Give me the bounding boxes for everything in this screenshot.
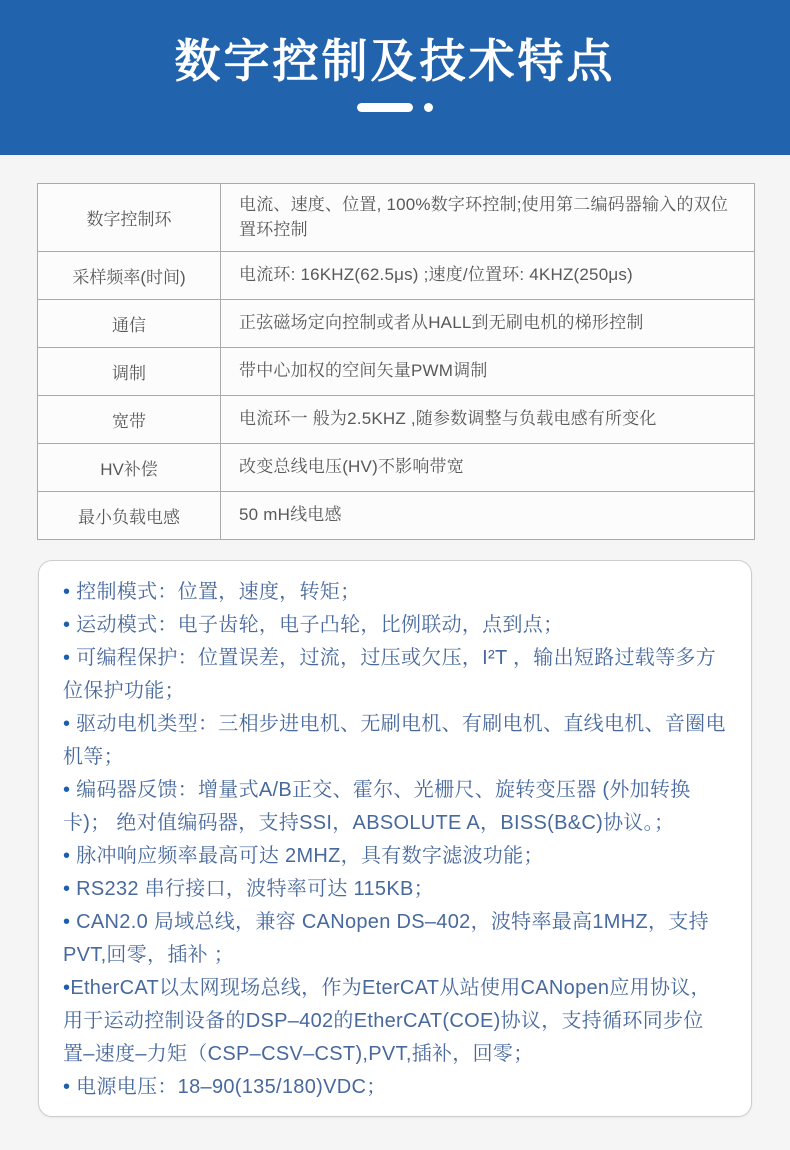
spec-label: 采样频率(时间): [38, 252, 221, 300]
bullet-icon: •: [63, 845, 76, 867]
bullet-icon: •: [63, 779, 76, 801]
feature-text: 电源电压：18–90(135/180)VDC；: [76, 1076, 386, 1098]
feature-text: 编码器反馈：增量式A/B正交、霍尔、光栅尺、旋转变压器 (外加转换卡)； 绝对值…: [63, 779, 691, 834]
list-item: • CAN2.0 局域总线，兼容 CANopen DS–402，波特率最高1MH…: [63, 906, 727, 972]
list-item: • 脉冲响应频率最高可达 2MHZ，具有数字滤波功能；: [63, 840, 727, 873]
spec-label: 通信: [38, 300, 221, 348]
feature-text: RS232 串行接口，波特率可达 115KB；: [76, 878, 434, 900]
list-item: • 可编程保护：位置误差，过流，过压或欠压，I²T ，输出短路过载等多方位保护功…: [63, 642, 727, 708]
spec-value: 电流、速度、位置, 100%数字环控制;使用第二编码器输入的双位置环控制: [221, 184, 755, 252]
spec-table: 数字控制环电流、速度、位置, 100%数字环控制;使用第二编码器输入的双位置环控…: [37, 183, 755, 540]
table-row: 宽带电流环一 般为2.5KHZ ,随参数调整与负载电感有所变化: [38, 396, 755, 444]
spec-label: 最小负载电感: [38, 492, 221, 540]
spec-value: 电流环一 般为2.5KHZ ,随参数调整与负载电感有所变化: [221, 396, 755, 444]
spec-value: 50 mH线电感: [221, 492, 755, 540]
feature-text: 运动模式：电子齿轮，电子凸轮，比例联动，点到点；: [76, 614, 563, 636]
table-row: 数字控制环电流、速度、位置, 100%数字环控制;使用第二编码器输入的双位置环控…: [38, 184, 755, 252]
header-banner: 数字控制及技术特点: [0, 0, 790, 155]
feature-text: 驱动电机类型：三相步进电机、无刷电机、有刷电机、直线电机、音圈电机等；: [63, 713, 726, 768]
page-title: 数字控制及技术特点: [0, 0, 790, 87]
spec-value: 带中心加权的空间矢量PWM调制: [221, 348, 755, 396]
table-row: 调制带中心加权的空间矢量PWM调制: [38, 348, 755, 396]
spec-label: 调制: [38, 348, 221, 396]
bullet-icon: •: [63, 614, 76, 636]
bullet-icon: •: [63, 911, 76, 933]
features-list: • 控制模式：位置，速度，转矩；• 运动模式：电子齿轮，电子凸轮，比例联动，点到…: [63, 576, 727, 1104]
features-card: • 控制模式：位置，速度，转矩；• 运动模式：电子齿轮，电子凸轮，比例联动，点到…: [38, 560, 752, 1117]
list-item: • 运动模式：电子齿轮，电子凸轮，比例联动，点到点；: [63, 609, 727, 642]
bullet-icon: •: [63, 878, 76, 900]
list-item: • 控制模式：位置，速度，转矩；: [63, 576, 727, 609]
underline-dot-icon: [424, 103, 433, 112]
feature-text: 可编程保护：位置误差，过流，过压或欠压，I²T ，输出短路过载等多方位保护功能；: [63, 647, 716, 702]
spec-label: 宽带: [38, 396, 221, 444]
table-row: 最小负载电感50 mH线电感: [38, 492, 755, 540]
underline-dash-icon: [357, 103, 413, 112]
bullet-icon: •: [63, 1076, 76, 1098]
list-item: • RS232 串行接口，波特率可达 115KB；: [63, 873, 727, 906]
table-row: 通信正弦磁场定向控制或者从HALL到无刷电机的梯形控制: [38, 300, 755, 348]
spec-table-body: 数字控制环电流、速度、位置, 100%数字环控制;使用第二编码器输入的双位置环控…: [38, 184, 755, 540]
list-item: • 驱动电机类型：三相步进电机、无刷电机、有刷电机、直线电机、音圈电机等；: [63, 708, 727, 774]
feature-text: EtherCAT以太网现场总线，作为EterCAT从站使用CANopen应用协议…: [63, 977, 711, 1065]
bullet-icon: •: [63, 581, 76, 603]
list-item: •EtherCAT以太网现场总线，作为EterCAT从站使用CANopen应用协…: [63, 972, 727, 1071]
table-row: HV补偿改变总线电压(HV)不影响带宽: [38, 444, 755, 492]
spec-value: 正弦磁场定向控制或者从HALL到无刷电机的梯形控制: [221, 300, 755, 348]
title-underline: [0, 103, 790, 112]
spec-value: 改变总线电压(HV)不影响带宽: [221, 444, 755, 492]
spec-value: 电流环: 16KHZ(62.5μs) ;速度/位置环: 4KHZ(250μs): [221, 252, 755, 300]
table-row: 采样频率(时间)电流环: 16KHZ(62.5μs) ;速度/位置环: 4KHZ…: [38, 252, 755, 300]
spec-label: HV补偿: [38, 444, 221, 492]
list-item: • 电源电压：18–90(135/180)VDC；: [63, 1071, 727, 1104]
feature-text: 脉冲响应频率最高可达 2MHZ，具有数字滤波功能；: [76, 845, 544, 867]
bullet-icon: •: [63, 713, 76, 735]
feature-text: CAN2.0 局域总线，兼容 CANopen DS–402，波特率最高1MHZ，…: [63, 911, 709, 966]
bullet-icon: •: [63, 647, 76, 669]
list-item: • 编码器反馈：增量式A/B正交、霍尔、光栅尺、旋转变压器 (外加转换卡)； 绝…: [63, 774, 727, 840]
spec-label: 数字控制环: [38, 184, 221, 252]
feature-text: 控制模式：位置，速度，转矩；: [76, 581, 360, 603]
